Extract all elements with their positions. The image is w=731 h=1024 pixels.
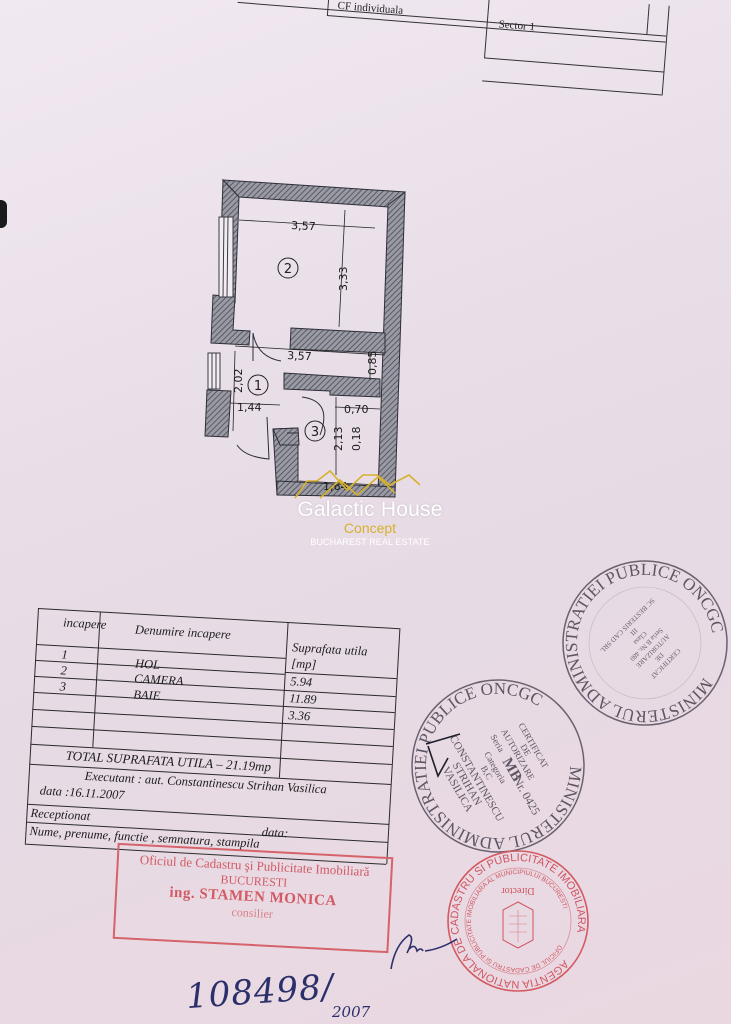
- row-3-area: 3.36: [288, 708, 311, 724]
- header-incapere: incapere: [63, 615, 107, 632]
- wall: [205, 390, 231, 437]
- cf-individuala-label: CF individuala: [337, 0, 403, 17]
- dim-hall-width: 3,57: [287, 349, 312, 363]
- row-2-area: 11.89: [289, 691, 317, 707]
- window: [219, 217, 233, 297]
- cadastre-agency-stamp: AGENTIA NATIONALA DE CADASTRU SI PUBLICI…: [445, 848, 591, 994]
- sector-label: Sector 1: [498, 18, 535, 33]
- row-1-nr: 1: [61, 647, 68, 662]
- wall: [284, 373, 380, 397]
- room-number-1: 1: [254, 379, 262, 394]
- dim-bath-step: 0,18: [350, 427, 363, 452]
- rooms-area-table: incapere Denumire incapere Suprafata uti…: [25, 608, 400, 868]
- room-number-3: 3: [311, 425, 319, 440]
- floor-plan: 3,57 3,33 3,57 0,85 2,02 1,44 0,70 2,13 …: [195, 175, 420, 505]
- dim-room2-width: 3,57: [291, 219, 316, 233]
- watermark-tagline: BUCHAREST REAL ESTATE: [270, 537, 470, 547]
- row-1-area: 5.94: [290, 674, 313, 690]
- row-1-name: HOL: [135, 657, 161, 673]
- reception-date-label: data:: [261, 825, 288, 841]
- table-line: [327, 0, 331, 15]
- watermark-logo: Galactic House Concept BUCHAREST REAL ES…: [270, 470, 470, 547]
- top-registry-table: CF individuala Sector 1: [233, 0, 669, 95]
- stamp-inner-text: Nr. 0425: [510, 774, 543, 817]
- handwritten-year: 2007: [332, 1003, 370, 1021]
- room-number-2: 2: [284, 262, 292, 277]
- row-2-nr: 2: [60, 663, 67, 678]
- office-stamp: Oficiul de Cadastru şi Publicitate Imobi…: [113, 843, 394, 953]
- table-line: [482, 80, 662, 95]
- dim-bath-wall: 0,70: [344, 403, 369, 416]
- row-2-name: CAMERA: [134, 671, 184, 689]
- header-suprafata-unit: [mp]: [291, 656, 317, 672]
- dim-hall-left-height: 2,02: [232, 369, 245, 394]
- execution-date: data :16.11.2007: [39, 783, 125, 803]
- signature-stroke: [391, 935, 457, 969]
- table-line: [484, 57, 664, 72]
- handwritten-registration-number: 108498/: [185, 967, 336, 1017]
- row-3-nr: 3: [59, 679, 66, 694]
- table-line: [327, 15, 666, 43]
- window: [208, 353, 220, 389]
- wall: [223, 180, 405, 208]
- dim-hall-depth: 0,85: [366, 351, 379, 376]
- dim-room2-height: 3,33: [337, 267, 350, 292]
- watermark-title: Galactic House: [270, 498, 470, 522]
- ministry-stamp-center: MINISTERUL ADMINISTRATIEI PUBLICE ONCGC …: [408, 676, 588, 856]
- dim-bath-height: 2,13: [332, 427, 345, 452]
- watermark-subtitle: Concept: [270, 520, 470, 536]
- header-denumire: Denumire incapere: [135, 622, 232, 642]
- table-line: [646, 4, 649, 34]
- table-line: [662, 6, 670, 96]
- table-line: [238, 2, 667, 37]
- door-swing: [237, 417, 269, 459]
- page-edge-mark: [0, 200, 7, 228]
- signature: [385, 925, 465, 975]
- row-3-name: BAIE: [133, 687, 161, 703]
- wall: [211, 295, 250, 345]
- dim-hall-left-width: 1,44: [237, 401, 262, 414]
- cadastre-stamp-director: Director: [501, 885, 535, 896]
